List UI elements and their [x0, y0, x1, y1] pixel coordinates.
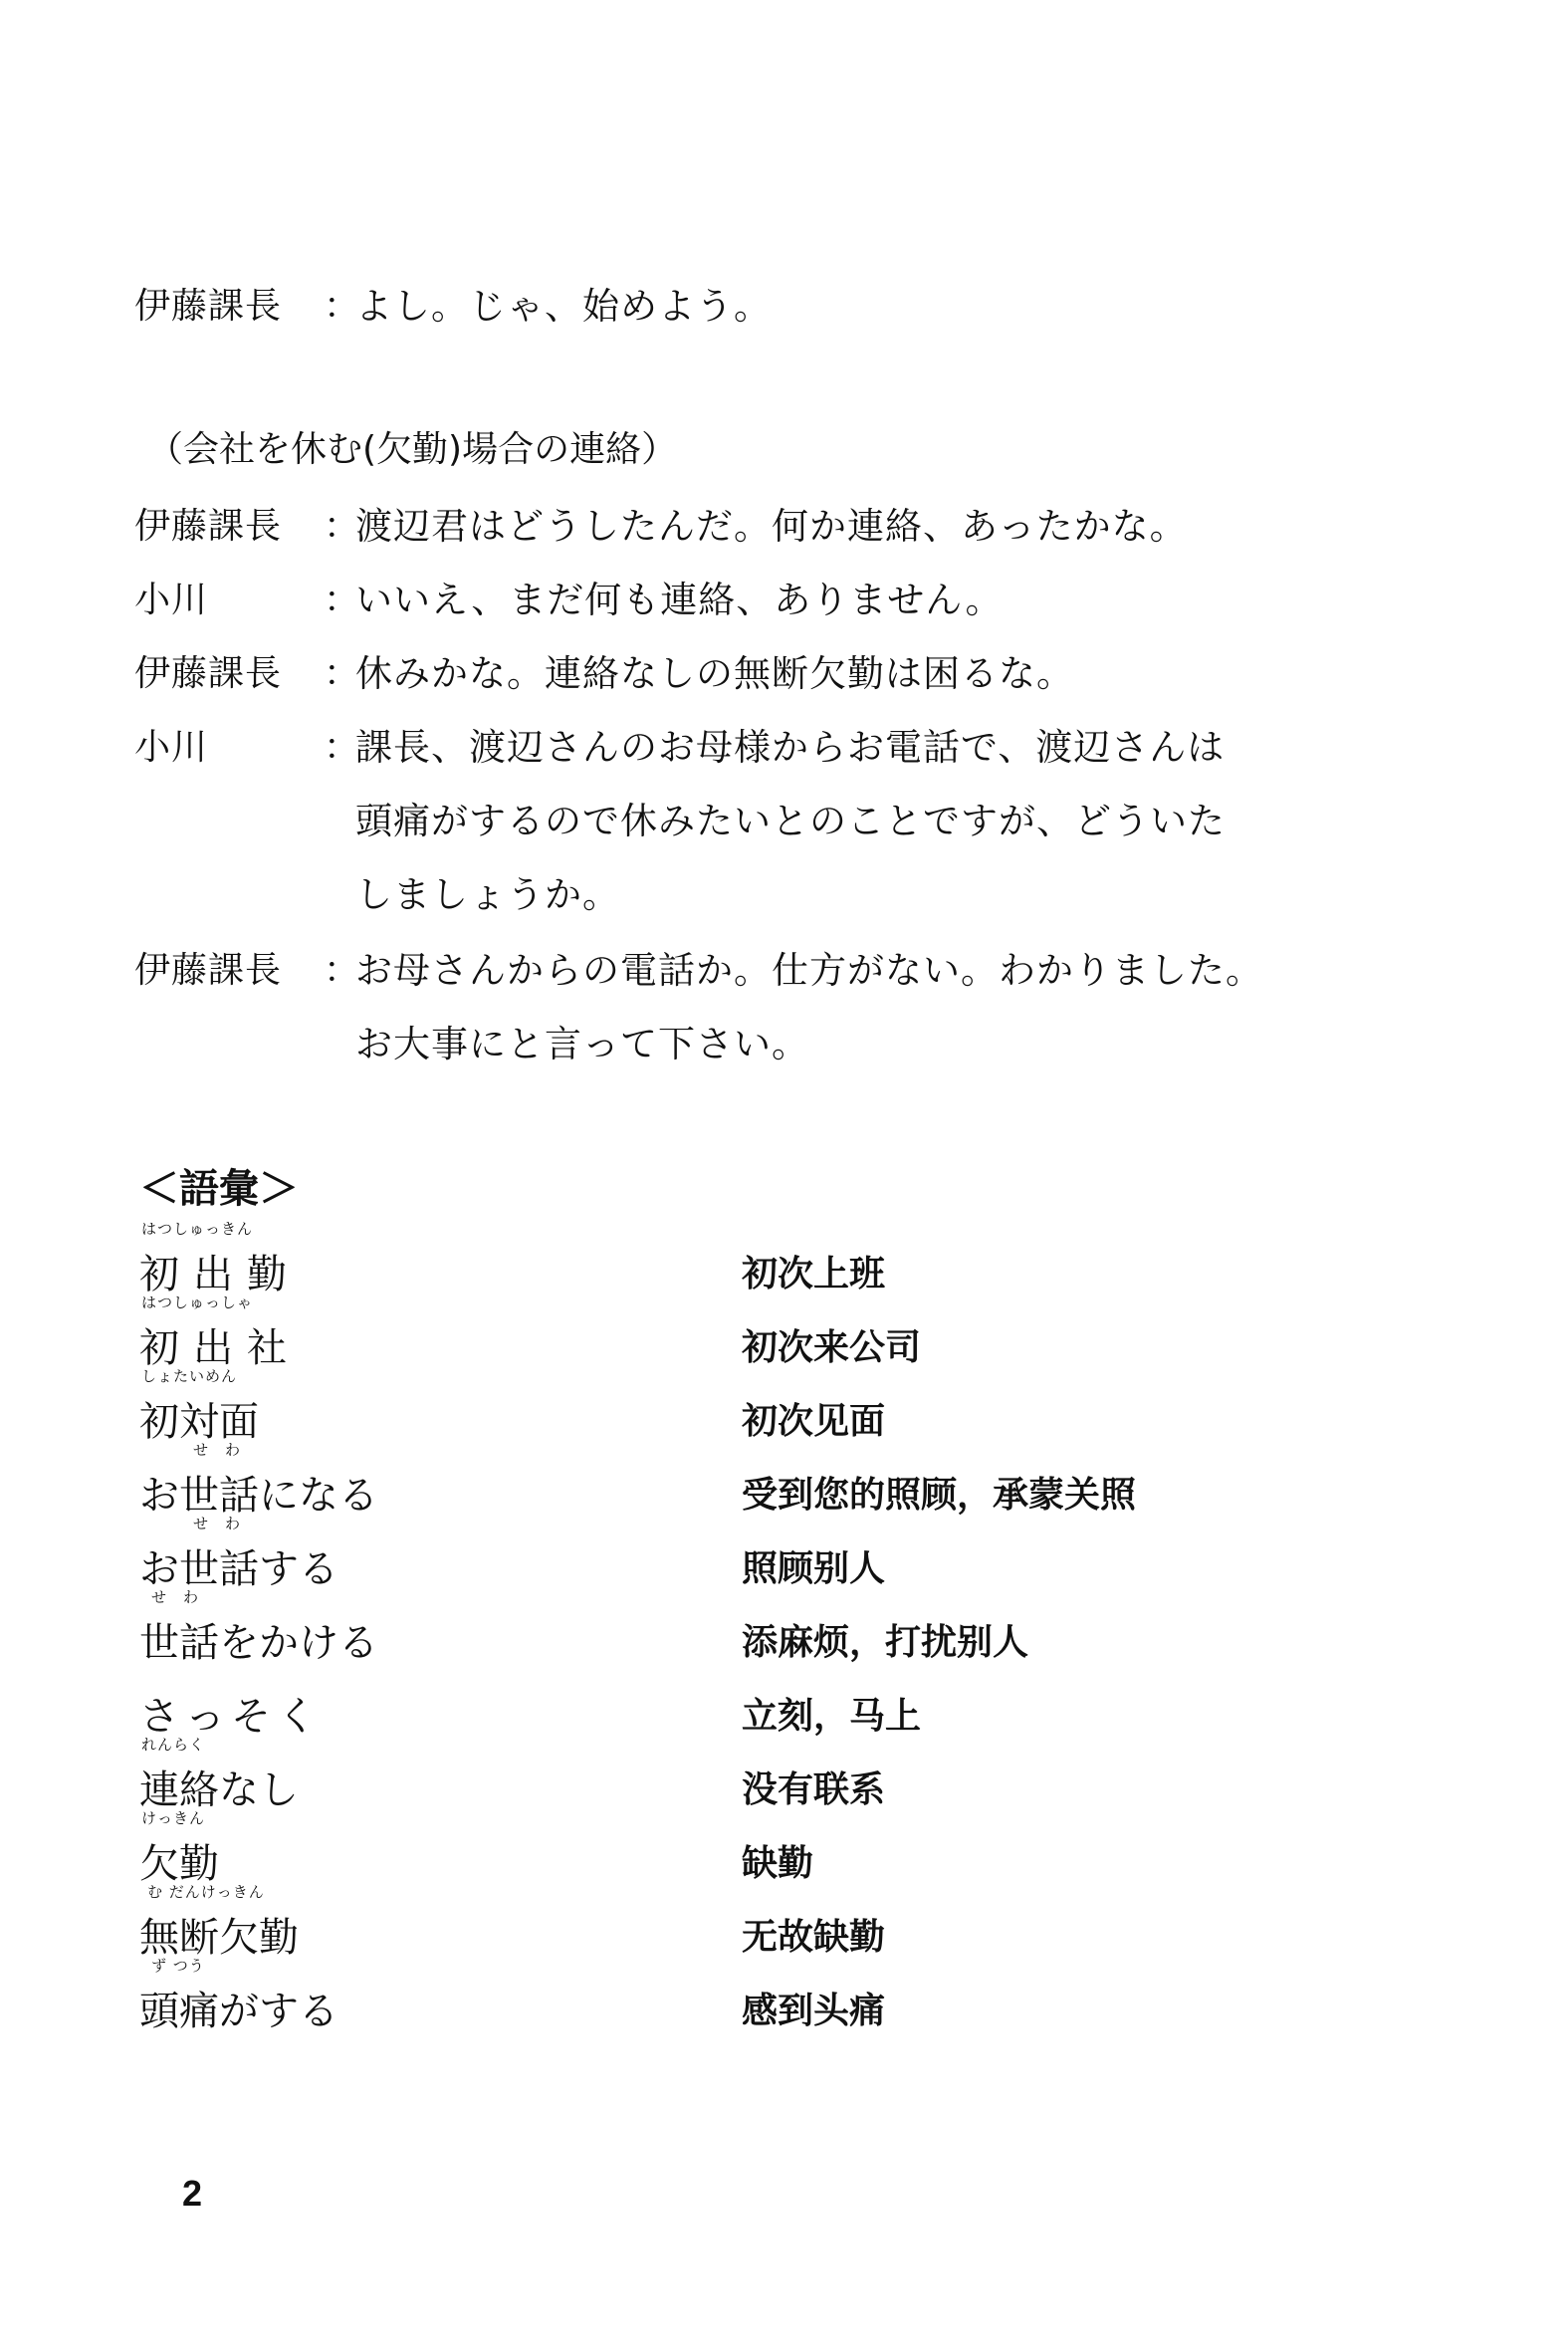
vocabulary-meaning: 感到头痛: [742, 1990, 885, 2031]
vocabulary-row: れんらく 連絡なし 没有联系: [139, 1739, 1334, 1812]
section-note: （会社を休む(欠勤)場合の連絡）: [147, 426, 677, 474]
speaker-name: 伊藤課長: [134, 650, 319, 698]
vocabulary-word: 初対面: [139, 1400, 259, 1444]
vocabulary-row: けっきん 欠勤 缺勤: [139, 1812, 1334, 1886]
vocabulary-row: む だんけっきん 無断欠勤 无故缺勤: [139, 1886, 1334, 1960]
vocabulary-row: はつしゅっきん 初出勤 初次上班: [139, 1223, 1334, 1296]
furigana: はつしゅっしゃ: [141, 1294, 253, 1310]
utterance-text: よし。じゃ、始めよう。: [355, 283, 772, 331]
vocabulary-word: 頭痛がする: [139, 1990, 338, 2033]
speaker-name: 伊藤課長: [134, 283, 319, 331]
vocabulary-row: はつしゅっしゃ 初出社 初次来公司: [139, 1296, 1334, 1370]
vocabulary-row: ず つう 頭痛がする 感到头痛: [139, 1960, 1334, 2033]
furigana: けっきん: [141, 1810, 205, 1826]
document-page: 伊藤課長 ： よし。じゃ、始めよう。 （会社を休む(欠勤)場合の連絡） 伊藤課長…: [0, 0, 1568, 2352]
vocabulary-word: 世話をかける: [139, 1621, 378, 1665]
vocabulary-meaning: 初次来公司: [742, 1326, 921, 1368]
vocabulary-row: せ わ お世話になる 受到您的照顾，承蒙关照: [139, 1444, 1334, 1518]
vocabulary-meaning: 初次上班: [742, 1253, 885, 1294]
vocabulary-header: ＜語彙＞: [139, 1163, 299, 1215]
furigana: はつしゅっきん: [141, 1221, 253, 1237]
furigana: せ わ: [193, 1516, 241, 1531]
speaker-name: 伊藤課長: [134, 503, 319, 551]
vocabulary-meaning: 添麻烦，打扰别人: [742, 1621, 1028, 1663]
furigana: しょたいめん: [141, 1368, 237, 1384]
vocabulary-row: さっそく 立刻，马上: [139, 1665, 1334, 1739]
utterance-text: 休みかな。連絡なしの無断欠勤は困るな。: [355, 650, 1074, 698]
vocabulary-word: 欠勤: [139, 1842, 219, 1886]
utterance-continuation: お大事にと言って下さい。: [355, 1021, 809, 1068]
vocabulary-row: せ わ お世話する 照顾别人: [139, 1518, 1334, 1591]
speaker-name: 伊藤課長: [134, 947, 319, 995]
vocabulary-word: 連絡なし: [139, 1768, 299, 1812]
vocabulary-meaning: 无故缺勤: [742, 1916, 885, 1958]
vocabulary-row: しょたいめん 初対面 初次见面: [139, 1370, 1334, 1444]
vocabulary-meaning: 初次见面: [742, 1400, 885, 1442]
utterance-continuation: 頭痛がするので休みたいとのことですが、どういた: [355, 798, 1226, 845]
furigana: ず つう: [151, 1958, 205, 1974]
speaker-name: 小川: [134, 724, 319, 772]
vocabulary-word: お世話になる: [139, 1474, 378, 1518]
vocabulary-meaning: 受到您的照顾，承蒙关照: [742, 1474, 1136, 1516]
speaker-name: 小川: [134, 577, 319, 624]
page-number: 2: [182, 2174, 202, 2214]
furigana: せ わ: [151, 1589, 199, 1605]
furigana: む だんけっきん: [147, 1884, 265, 1900]
utterance-text: いいえ、まだ何も連絡、ありません。: [355, 577, 1003, 624]
vocabulary-meaning: 缺勤: [742, 1842, 813, 1884]
vocabulary-meaning: 没有联系: [742, 1768, 885, 1810]
utterance-text: お母さんからの電話か。仕方がない。わかりました。: [355, 947, 1263, 995]
utterance-text: 渡辺君はどうしたんだ。何か連絡、あったかな。: [355, 503, 1188, 551]
utterance-continuation: しましょうか。: [355, 871, 620, 919]
vocabulary-word: お世話する: [139, 1547, 338, 1591]
vocabulary-word: 初出社: [139, 1326, 301, 1370]
vocabulary-meaning: 立刻，马上: [742, 1695, 921, 1737]
vocabulary-word: さっそく: [139, 1695, 323, 1739]
furigana: れんらく: [141, 1737, 205, 1753]
vocabulary-row: せ わ 世話をかける 添麻烦，打扰别人: [139, 1591, 1334, 1665]
vocabulary-word: 無断欠勤: [139, 1916, 299, 1960]
furigana: せ わ: [193, 1442, 241, 1458]
utterance-text: 課長、渡辺さんのお母様からお電話で、渡辺さんは: [355, 724, 1225, 772]
vocabulary-meaning: 照顾别人: [742, 1547, 885, 1589]
vocabulary-word: 初出勤: [139, 1253, 301, 1296]
